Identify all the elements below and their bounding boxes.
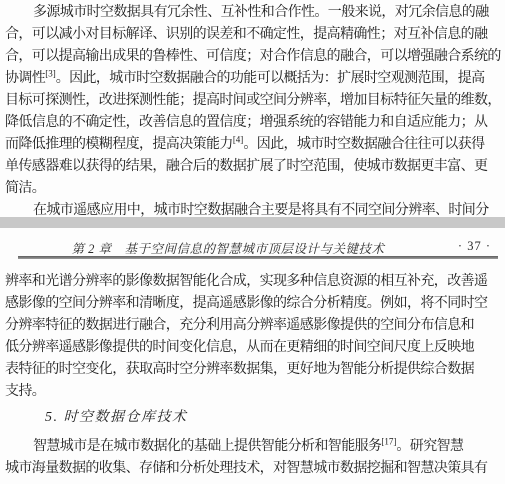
page-37-paragraph-smart-city: 智慧城市是在城市数据化的基础上提供智能分析和智能服务[17]。研究智慧 城市海量… <box>5 436 501 480</box>
page-37-paragraph-continuation: 辨率和光谱分辨率的影像数据智能化合成，实现多种信息资源的相互补充，改善遥 感影像… <box>5 271 501 403</box>
scanned-book-spread: 多源城市时空数据具有冗余性、互补性和合作性。一般来说，对冗余信息的融 合，可以减… <box>0 0 505 484</box>
text-line: 单传感器难以获得的结果，融合后的数据扩展了时空范围，使城市数据更丰富、更 <box>5 156 501 178</box>
page-number: · 37 · <box>458 239 491 254</box>
text-line: 支持。 <box>5 381 501 403</box>
text-line: 合，可以减小对目标解译、识别的误差和不确定性，提高精确性；对互补信息的融 <box>5 24 501 46</box>
text-line: 表特征的时空变化，获取高时空分辨率数据集，更好地为智能分析提供综合数据 <box>5 359 501 381</box>
text-line: 城市海量数据的收集、存储和分析处理技术，对智慧城市数据挖掘和智慧决策具有 <box>5 458 501 480</box>
previous-page-text: 多源城市时空数据具有冗余性、互补性和合作性。一般来说，对冗余信息的融 合，可以减… <box>5 2 501 222</box>
header-rule <box>18 256 498 259</box>
text-line: 合，可以提高输出成果的鲁棒性、可信度；对合作信息的融合，可以增强融合系统的 <box>5 46 501 68</box>
chapter-title: 第 2 章 基于空间信息的智慧城市顶层设计与关键技术 <box>0 239 456 257</box>
section-heading: 5. 时空数据仓库技术 <box>45 407 188 429</box>
text-line: 智慧城市是在城市数据化的基础上提供智能分析和智能服务[17]。研究智慧 <box>5 436 501 458</box>
text-line: 而降低推理的模糊程度，提高决策能力[4]。因此，城市时空数据融合往往可以获得 <box>5 134 501 156</box>
text-line: 目标可探测性，改进探测性能；提高时间或空间分辨率，增加目标特征矢量的维数， <box>5 90 501 112</box>
text-line: 低分辨率遥感影像提供的时间变化信息，从而在更精细的时间空间尺度上反映地 <box>5 337 501 359</box>
text-line: 分辨率特征的数据进行融合，充分利用高分辨率遥感影像提供的空间分布信息和 <box>5 315 501 337</box>
text-line: 多源城市时空数据具有冗余性、互补性和合作性。一般来说，对冗余信息的融 <box>5 2 501 24</box>
text-line: 协调性[3]。因此，城市时空数据融合的功能可以概括为：扩展时空观测范围，提高 <box>5 68 501 90</box>
text-line: 降低信息的不确定性，改善信息的置信度；增强系统的容错能力和自适应能力；从 <box>5 112 501 134</box>
page-header: 第 2 章 基于空间信息的智慧城市顶层设计与关键技术 · 37 · <box>0 239 505 255</box>
text-line: 辨率和光谱分辨率的影像数据智能化合成，实现多种信息资源的相互补充，改善遥 <box>5 271 501 293</box>
page-separator-band <box>0 217 505 228</box>
text-line: 简洁。 <box>5 178 501 200</box>
text-line: 感影像的空间分辨率和清晰度，提高遥感影像的综合分析精度。例如，将不同时空 <box>5 293 501 315</box>
